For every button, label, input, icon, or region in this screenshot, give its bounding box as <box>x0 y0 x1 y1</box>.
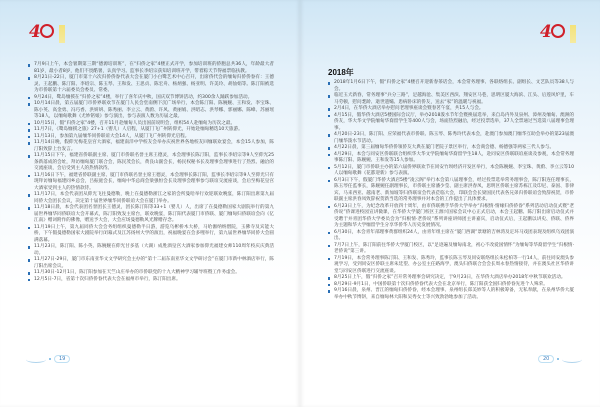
event-item: 12月5日-7日，省第十次归侨侨眷代表大会在福州市举行，陈汀阳出席。 <box>28 277 274 284</box>
event-item: 11月15日下午，福建省侨联副主席、厦门市侨联名誉主席王德灵，本会理事长陈汀阳，… <box>28 153 274 173</box>
event-item: 4月20日-23日，陈汀阳、应荣福代表市侨联、陈玉琴、陈秀玲代表本会，赴澳门参加… <box>328 132 574 145</box>
logo-digit-4: 4 <box>540 22 550 42</box>
logo-stripe-icon <box>570 25 576 43</box>
left-page: 4 7月9日上午，本会暑期第三期“德源培训班”，在“归侨之家”4楼正式开学，参加… <box>0 0 300 407</box>
year-heading: 2018年 <box>328 68 574 78</box>
logo-digit-4: 4 <box>29 22 39 42</box>
anniversary-40-logo-icon: 4 <box>29 24 54 41</box>
logo-ring-icon <box>551 24 565 38</box>
event-item: 6月3日下午，假厦门华侨大酒店5楼“凌云阁”举行本会第八届理事会，经过投票选举常… <box>328 178 574 204</box>
wave-decoration-icon <box>26 356 46 363</box>
event-item: 8月21日-22日，厦门市第十六次归侨侨眷代表大会在厦门小白鹭艺术中心召开，出席… <box>28 75 274 95</box>
page-number: 19 <box>54 355 70 363</box>
left-page-content: 7月9日上午，本会暑期第三期“德源培训班”，在“归侨之家”4楼正式开学，参加培训… <box>28 62 274 283</box>
event-list: 7月9日上午，本会暑期第三期“德源培训班”，在“归侨之家”4楼正式开学，参加培训… <box>28 62 274 283</box>
event-item: 2018年1月6日下午，假“归侨之家”4楼召开迎新春茶话会，本会常务理事、各联络… <box>328 80 574 93</box>
event-item: 7月19日，本会常务理事陈汀阳、王和发、陈秀玲，监事长陈玉琴及同安联络组长朱松柏… <box>328 256 574 276</box>
event-item: 4月15日，假华侨大酒店5楼国际会议厅，举办2018泼水节年会暨换届选举，来自岛… <box>328 113 574 133</box>
page-number-badge: 20 <box>538 355 582 363</box>
event-item: 6月30日，本会青年部理事黄群组织24人，由青年组主席在“厦门西湖”景塘的吉林湾… <box>328 230 574 243</box>
page-number: 20 <box>538 355 554 363</box>
event-item: 11月19日上午，第九届同侨大会会务组组织曼德勒半日游，游览乌彬桥木大桥，马哈伽… <box>28 225 274 245</box>
event-item: 9月16日晨，泉州、晋江的缅甸归侨侨眷，经本会理事、泉州组长郑美妙等人的积极筹备… <box>328 288 574 301</box>
event-item: 5月12日，厦门市侨联主办的第六届侨界联欢节在同安竹坝经济开发区举行，本会陈婉婉… <box>328 165 574 178</box>
event-list: 2018年1月6日下午，假“归侨之家”4楼召开迎新春茶话会，本会常务理事、各联络… <box>328 80 574 301</box>
event-item: 11月23日，陈汀阳、陈小英、陈婉婉在仰光甘多基（大湖）成胜酒皇宫大酒家参加仰光… <box>28 244 274 257</box>
event-item: 11月16日下午，福建省侨联副主席、厦门市侨联名誉主席王德灵，本会理事长陈汀阳，… <box>28 173 274 193</box>
event-item: 7月7日上午，陈汀阳前往华侨大学厦门校区，以“足迹遍及缅甸南北，初心不改爱国情怀… <box>328 243 574 256</box>
book-spread: 4 7月9日上午，本会暑期第三期“德源培训班”，在“归侨之家”4楼正式开学，参加… <box>0 0 600 407</box>
right-page-content: 2018年 2018年1月6日下午，假“归侨之家”4楼召开迎新春茶话会，本会常务… <box>328 68 574 301</box>
anniversary-logo: 4 <box>29 24 65 43</box>
wave-decoration-icon <box>562 356 582 363</box>
event-item: 10月14日晨，第五届厦门市侨界联欢节在厦门人民会堂南侧下沉广场举行，本会陈汀阳… <box>28 101 274 121</box>
event-item: 11月27日-29日，厦门市东南亚华文文学研究会主办的“第十二届东南亚华文文学研… <box>28 257 274 270</box>
anniversary-40-logo-icon: 4 <box>540 24 565 41</box>
logo-ring-icon <box>40 24 54 38</box>
anniversary-logo: 4 <box>540 24 576 43</box>
dot-decoration-icon <box>49 358 51 360</box>
right-page: 4 2018年 2018年1月6日下午，假“归侨之家”4楼召开迎新春茶话会，本会… <box>300 0 600 407</box>
logo-stripe-icon <box>59 25 65 43</box>
event-item: 11月14日晚，假仰光梅花皇宫大酒家，福建南洋中学校友会举办庆祝世界各地校友回缅… <box>28 140 274 153</box>
page-number-badge: 19 <box>26 355 70 363</box>
dot-decoration-icon <box>557 358 559 360</box>
event-item: 11月18日晨，本会代表团名誉团长王德灵，团长陈汀阳等33+1（婴儿）人，出席了… <box>28 205 274 225</box>
event-item: 7月9日上午，本会暑期第三期“德源培训班”，在“归侨之家”4楼正式开学，参加培训… <box>28 62 274 75</box>
event-item: 临近玉犬新春，常务理事“兵分三路”，足越海沧、集美区西滨、翔安区马巷，思明区厦大… <box>328 93 574 106</box>
event-item: 11月17日，本会代表团从仰光飞往曼德勒，晚上在曼德勒浙江之家的会所曼哈举行欢迎… <box>28 192 274 205</box>
event-item: 6月23日上午，为纪念改革开放四十周年，由市侨联携手华侨大学举办“归根情·情缘归… <box>328 204 574 230</box>
event-item: 4月29日，本会与同安区侨联联合组织华大华文学院缅甸华裔留学生18人，赴同安区侨… <box>328 152 574 165</box>
